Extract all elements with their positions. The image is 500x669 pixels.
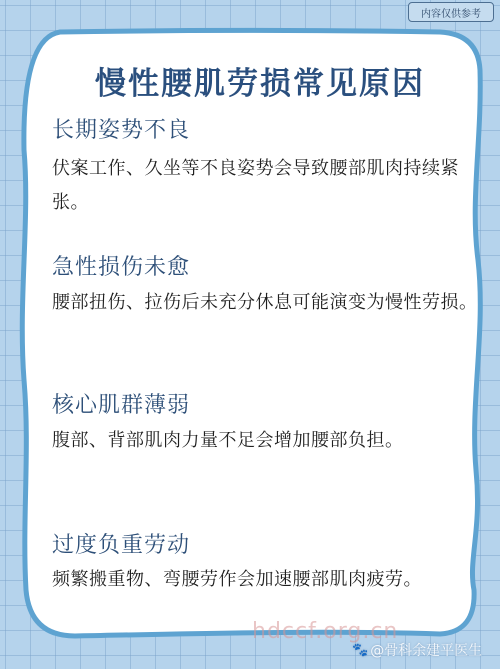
page-title: 慢性腰肌劳损常见原因 <box>40 58 480 103</box>
section-body: 腹部、背部肌肉力量不足会增加腰部负担。 <box>52 424 482 458</box>
section-heading: 长期姿势不良 <box>52 113 190 144</box>
section-body: 频繁搬重物、弯腰劳作会加速腰部肌肉疲劳。 <box>52 563 482 597</box>
paw-icon: 🐾 <box>352 643 368 658</box>
section-heading: 过度负重劳动 <box>52 528 190 559</box>
section-heading: 核心肌群薄弱 <box>52 388 190 419</box>
disclaimer-badge: 内容仅供参考 <box>408 2 494 22</box>
section-heading: 急性损伤未愈 <box>52 250 190 281</box>
section-body: 伏案工作、久坐等不良姿势会导致腰部肌肉持续紧张。 <box>52 152 482 220</box>
author-credit: 🐾 @骨科余建平医生 <box>352 640 482 660</box>
author-name: @骨科余建平医生 <box>370 640 482 660</box>
section-body: 腰部扭伤、拉伤后未充分休息可能演变为慢性劳损。 <box>52 286 482 320</box>
